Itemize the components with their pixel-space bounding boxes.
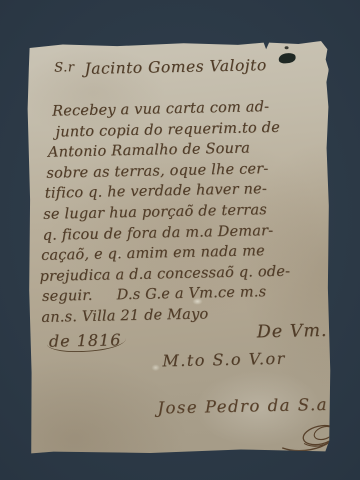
- letter-paper: S.rJacinto Gomes Valojto Recebey a vua c…: [27, 41, 332, 455]
- letter-text: S.rJacinto Gomes Valojto Recebey a vua c…: [24, 39, 335, 457]
- letter-body: Recebey a vua carta com ad- junto copia …: [25, 98, 332, 331]
- closing-phrase: M.to S.o V.or: [162, 349, 286, 371]
- date-line: de 1816: [47, 330, 126, 351]
- salutation-prefix: S.r: [54, 60, 75, 75]
- courtesy-phrase: De Vm.: [257, 321, 328, 342]
- photo-canvas: { "scene": { "background_color": "#2a364…: [0, 0, 360, 480]
- salutation-name: Jacinto Gomes Valojto: [84, 56, 267, 78]
- salutation: S.rJacinto Gomes Valojto: [54, 56, 267, 78]
- date-text: de 1816: [47, 330, 126, 353]
